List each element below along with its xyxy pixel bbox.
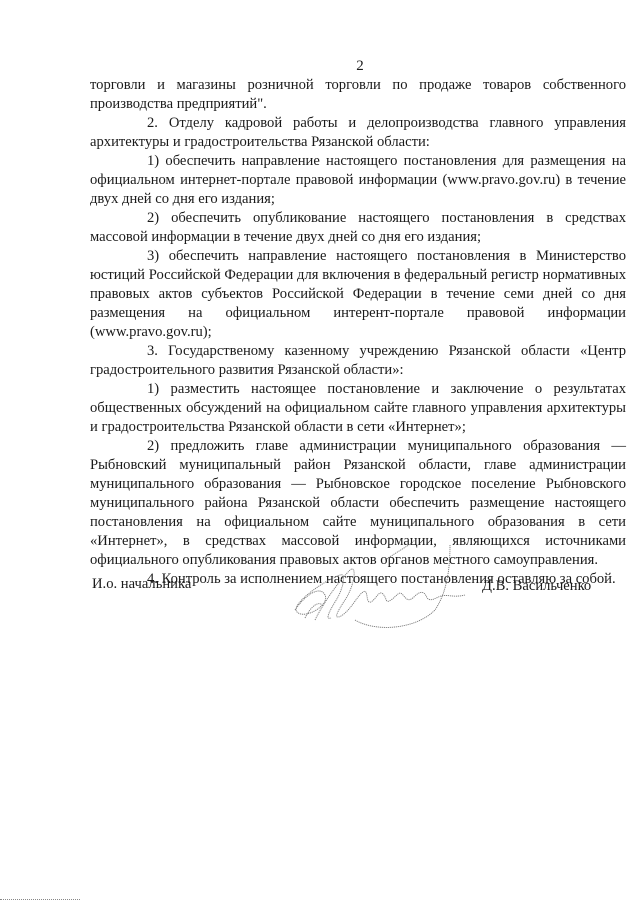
signatory-position: И.о. начальника: [92, 576, 191, 593]
paragraph: 2) обеспечить опубликование настоящего п…: [90, 209, 626, 247]
paragraph: 3) обеспечить направление настоящего пос…: [90, 247, 626, 342]
paragraph: торговли и магазины розничной торговли п…: [90, 76, 626, 114]
paragraph: 3. Государственому казенному учреждению …: [90, 342, 626, 380]
paragraph: 1) обеспечить направление настоящего пос…: [90, 152, 626, 209]
signatory-name: Д.В. Васильченко: [482, 578, 591, 595]
scan-edge-mark: [0, 899, 80, 900]
signature-icon: [285, 540, 475, 635]
paragraph: 1) разместить настоящее постановление и …: [90, 380, 626, 437]
paragraph: 2. Отделу кадровой работы и делопроизвод…: [90, 114, 626, 152]
document-body: торговли и магазины розничной торговли п…: [90, 76, 626, 589]
page-number: 2: [0, 58, 640, 75]
